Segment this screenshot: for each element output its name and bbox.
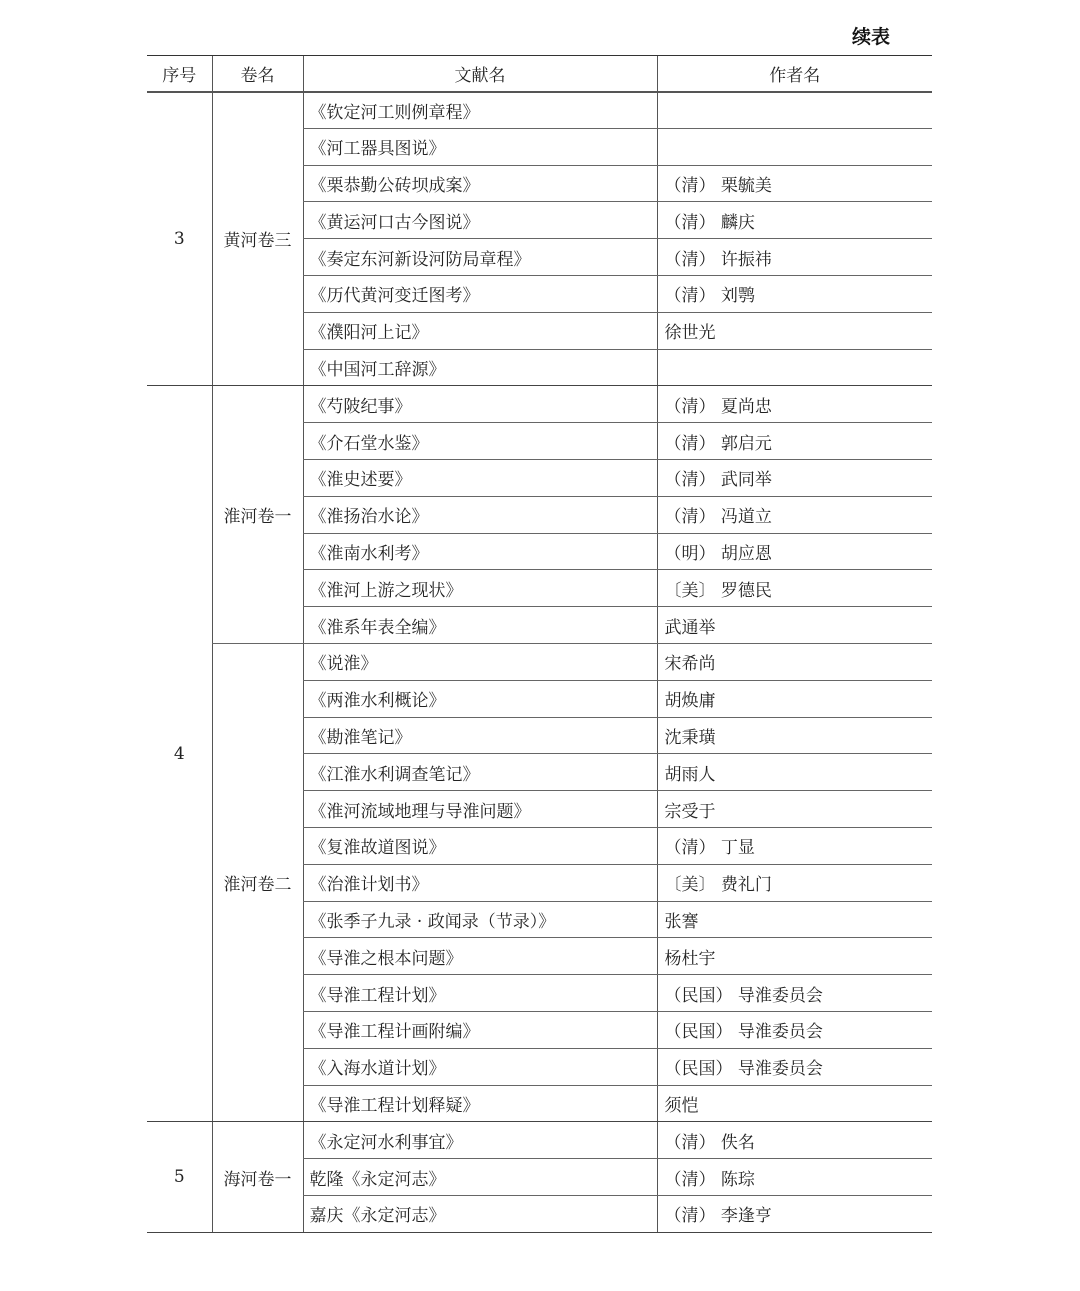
document-title-cell: 《黄运河口古今图说》 (303, 202, 657, 239)
header-volume: 卷名 (212, 56, 303, 92)
author-cell: （民国） 导淮委员会 (657, 1048, 932, 1085)
document-title-cell: 《淮史述要》 (303, 459, 657, 496)
volume-name-cell: 黄河卷三 (212, 92, 303, 386)
document-title-cell: 《导淮工程计划释疑》 (303, 1085, 657, 1122)
document-title-cell: 《历代黄河变迁图考》 (303, 275, 657, 312)
document-title-cell: 《淮扬治水论》 (303, 496, 657, 533)
author-cell: 张謇 (657, 901, 932, 938)
document-title-cell: 嘉庆《永定河志》 (303, 1195, 657, 1232)
header-title: 文献名 (303, 56, 657, 92)
author-cell: 须恺 (657, 1085, 932, 1122)
author-cell: 徐世光 (657, 312, 932, 349)
author-cell: （清） 郭启元 (657, 423, 932, 460)
author-cell: （清） 武同举 (657, 459, 932, 496)
document-title-cell: 《介石堂水鉴》 (303, 423, 657, 460)
author-cell: （清） 丁显 (657, 827, 932, 864)
author-cell: （清） 栗毓美 (657, 165, 932, 202)
author-cell: 〔美〕 费礼门 (657, 864, 932, 901)
author-cell: 沈秉璜 (657, 717, 932, 754)
author-cell: （民国） 导淮委员会 (657, 975, 932, 1012)
volume-name-cell: 淮河卷一 (212, 386, 303, 644)
author-cell: （明） 胡应恩 (657, 533, 932, 570)
author-cell: （清） 陈琮 (657, 1159, 932, 1196)
document-title-cell: 《两淮水利概论》 (303, 680, 657, 717)
table-row: 3黄河卷三《钦定河工则例章程》 (147, 92, 932, 129)
author-cell: （清） 冯道立 (657, 496, 932, 533)
document-title-cell: 乾隆《永定河志》 (303, 1159, 657, 1196)
serial-number-cell: 4 (147, 386, 212, 1122)
document-title-cell: 《导淮之根本问题》 (303, 938, 657, 975)
document-title-cell: 《钦定河工则例章程》 (303, 92, 657, 129)
document-title-cell: 《栗恭勤公砖坝成案》 (303, 165, 657, 202)
document-title-cell: 《永定河水利事宜》 (303, 1122, 657, 1159)
serial-number-cell: 3 (147, 92, 212, 386)
table-row: 4淮河卷一《芍陂纪事》（清） 夏尚忠 (147, 386, 932, 423)
table-header-row: 序号 卷名 文献名 作者名 (147, 56, 932, 92)
author-cell: 胡雨人 (657, 754, 932, 791)
author-cell (657, 128, 932, 165)
document-title-cell: 《河工器具图说》 (303, 128, 657, 165)
author-cell: （民国） 导淮委员会 (657, 1011, 932, 1048)
table-row: 淮河卷二《说淮》宋希尚 (147, 643, 932, 680)
document-title-cell: 《淮系年表全编》 (303, 607, 657, 644)
header-author: 作者名 (657, 56, 932, 92)
author-cell: （清） 夏尚忠 (657, 386, 932, 423)
document-title-cell: 《导淮工程计划》 (303, 975, 657, 1012)
document-title-cell: 《复淮故道图说》 (303, 827, 657, 864)
author-cell: 〔美〕 罗德民 (657, 570, 932, 607)
author-cell: 宗受于 (657, 791, 932, 828)
author-cell: （清） 麟庆 (657, 202, 932, 239)
author-cell (657, 349, 932, 386)
author-cell: （清） 李逢亨 (657, 1195, 932, 1232)
literature-table: 序号 卷名 文献名 作者名 3黄河卷三《钦定河工则例章程》《河工器具图说》《栗恭… (147, 55, 932, 1233)
author-cell (657, 92, 932, 129)
document-title-cell: 《濮阳河上记》 (303, 312, 657, 349)
author-cell: （清） 佚名 (657, 1122, 932, 1159)
document-title-cell: 《江淮水利调查笔记》 (303, 754, 657, 791)
author-cell: 武通举 (657, 607, 932, 644)
author-cell: （清） 许振祎 (657, 239, 932, 276)
table-row: 5海河卷一《永定河水利事宜》（清） 佚名 (147, 1122, 932, 1159)
document-title-cell: 《芍陂纪事》 (303, 386, 657, 423)
table-body: 3黄河卷三《钦定河工则例章程》《河工器具图说》《栗恭勤公砖坝成案》（清） 栗毓美… (147, 92, 932, 1233)
document-title-cell: 《勘淮笔记》 (303, 717, 657, 754)
document-title-cell: 《中国河工辞源》 (303, 349, 657, 386)
author-cell: 杨杜宇 (657, 938, 932, 975)
volume-name-cell: 海河卷一 (212, 1122, 303, 1232)
document-title-cell: 《张季子九录 · 政闻录（节录）》 (303, 901, 657, 938)
document-title-cell: 《奏定东河新设河防局章程》 (303, 239, 657, 276)
document-title-cell: 《说淮》 (303, 643, 657, 680)
serial-number-cell: 5 (147, 1122, 212, 1232)
author-cell: 宋希尚 (657, 643, 932, 680)
document-title-cell: 《治淮计划书》 (303, 864, 657, 901)
document-title-cell: 《导淮工程计画附编》 (303, 1011, 657, 1048)
table-caption: 续表 (852, 22, 890, 49)
volume-name-cell: 淮河卷二 (212, 643, 303, 1121)
document-title-cell: 《淮南水利考》 (303, 533, 657, 570)
document-title-cell: 《淮河流域地理与导淮问题》 (303, 791, 657, 828)
document-title-cell: 《入海水道计划》 (303, 1048, 657, 1085)
header-serial: 序号 (147, 56, 212, 92)
author-cell: （清） 刘鹗 (657, 275, 932, 312)
author-cell: 胡焕庸 (657, 680, 932, 717)
document-title-cell: 《淮河上游之现状》 (303, 570, 657, 607)
